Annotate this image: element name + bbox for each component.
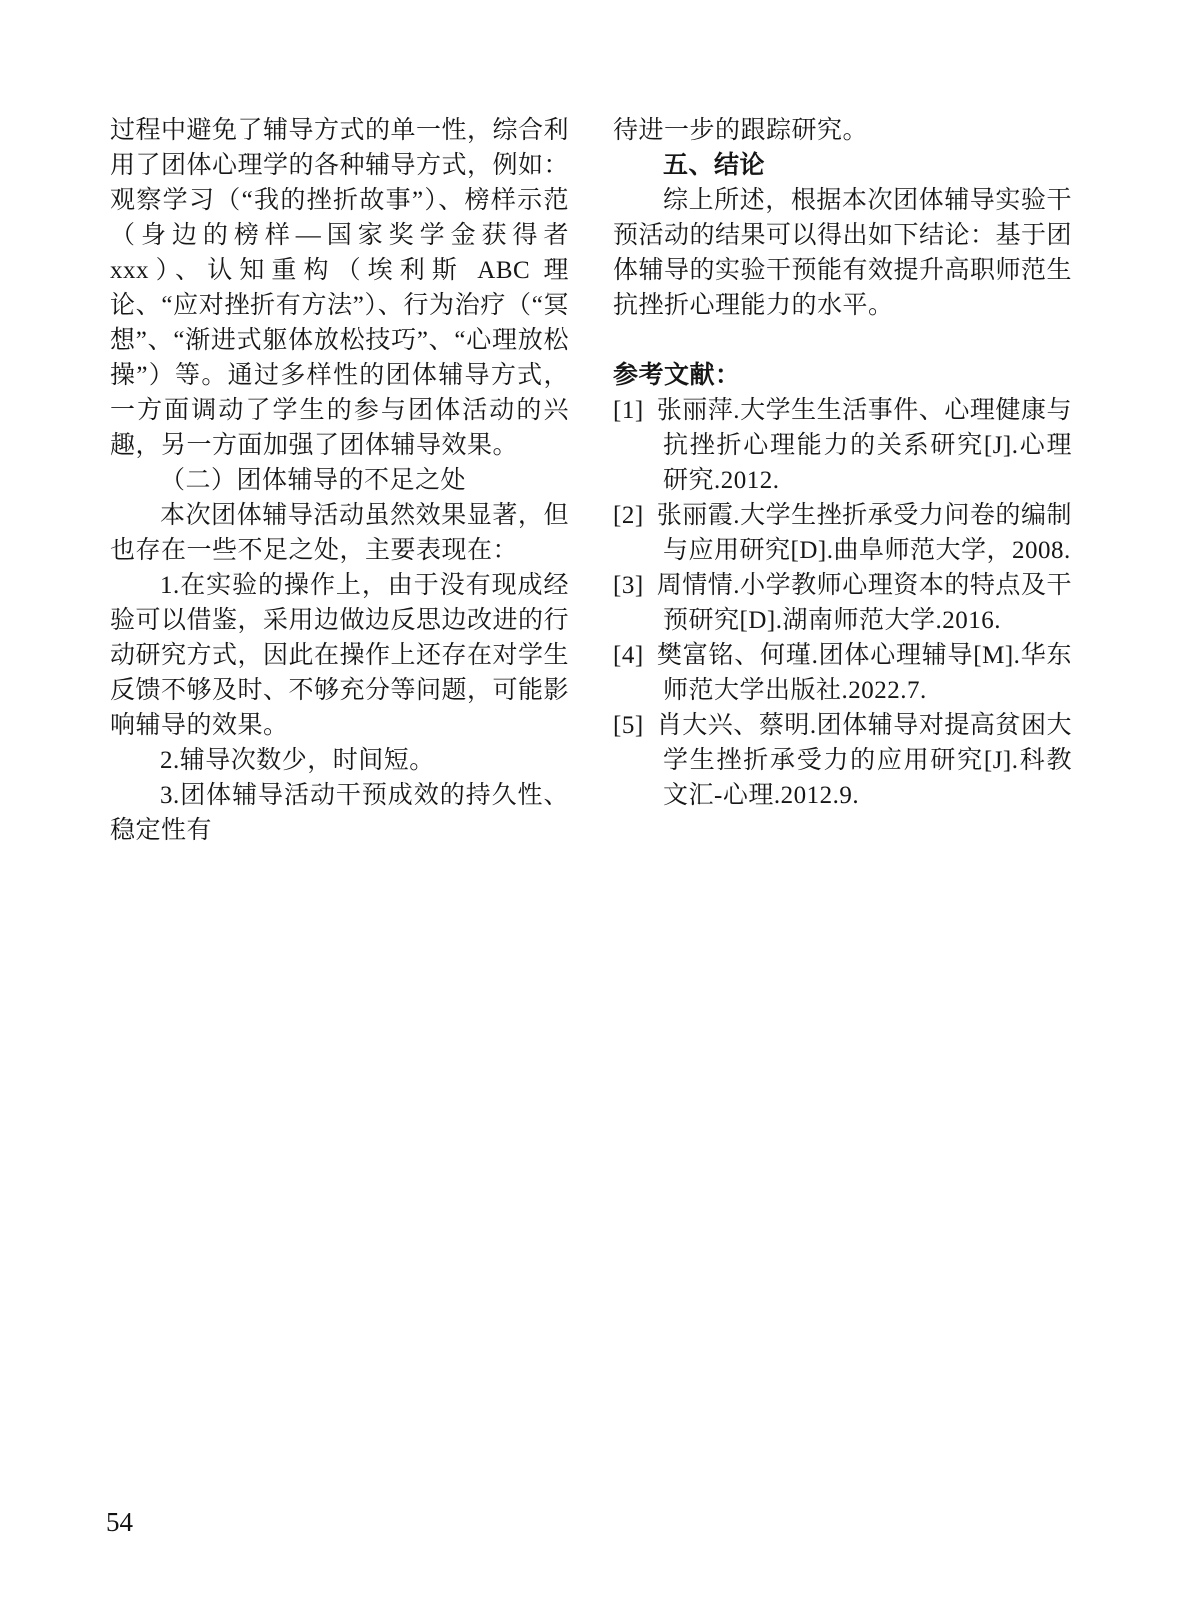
- reference-marker: [2]: [613, 502, 644, 529]
- references-list: [1]张丽萍.大学生生活事件、心理健康与抗挫折心理能力的关系研究[J].心理研究…: [613, 393, 1072, 813]
- reference-marker: [3]: [613, 572, 644, 599]
- reference-item: [5]肖大兴、蔡明.团体辅导对提高贫困大学生挫折承受力的应用研究[J].科教文汇…: [613, 708, 1072, 813]
- two-column-text-area: 过程中避免了辅导方式的单一性，综合利用了团体心理学的各种辅导方式，例如：观察学习…: [110, 113, 1072, 848]
- reference-item: [1]张丽萍.大学生生活事件、心理健康与抗挫折心理能力的关系研究[J].心理研究…: [613, 393, 1072, 498]
- conclusion-heading: 五、结论: [613, 148, 1072, 183]
- conclusion-paragraph: 综上所述，根据本次团体辅导实验干预活动的结果可以得出如下结论：基于团体辅导的实验…: [613, 183, 1072, 323]
- body-paragraph-continuation: 过程中避免了辅导方式的单一性，综合利用了团体心理学的各种辅导方式，例如：观察学习…: [110, 113, 569, 463]
- left-column: 过程中避免了辅导方式的单一性，综合利用了团体心理学的各种辅导方式，例如：观察学习…: [110, 113, 569, 848]
- references-heading: 参考文献：: [613, 358, 1072, 393]
- body-paragraph: 本次团体辅导活动虽然效果显著，但也存在一些不足之处，主要表现在：: [110, 498, 569, 568]
- reference-text: 张丽霞.大学生挫折承受力问卷的编制与应用研究[D].曲阜师范大学，2008.: [657, 502, 1072, 564]
- reference-marker: [1]: [613, 397, 644, 424]
- reference-text: 张丽萍.大学生生活事件、心理健康与抗挫折心理能力的关系研究[J].心理研究.20…: [657, 397, 1072, 494]
- reference-marker: [4]: [613, 642, 644, 669]
- right-column: 待进一步的跟踪研究。 五、结论 综上所述，根据本次团体辅导实验干预活动的结果可以…: [613, 113, 1072, 848]
- reference-item: [4]樊富铭、何瑾.团体心理辅导[M].华东师范大学出版社.2022.7.: [613, 638, 1072, 708]
- reference-text: 肖大兴、蔡明.团体辅导对提高贫困大学生挫折承受力的应用研究[J].科教文汇-心理…: [657, 712, 1072, 809]
- subsection-heading-shortcomings: （二）团体辅导的不足之处: [110, 463, 569, 498]
- reference-item: [3]周情情.小学教师心理资本的特点及干预研究[D].湖南师范大学.2016.: [613, 568, 1072, 638]
- body-paragraph-point-2: 2.辅导次数少，时间短。: [110, 743, 569, 778]
- body-paragraph-point-3: 3.团体辅导活动干预成效的持久性、稳定性有: [110, 778, 569, 848]
- page-number: 54: [106, 1504, 133, 1542]
- body-paragraph-point-1: 1.在实验的操作上，由于没有现成经验可以借鉴，采用边做边反思边改进的行动研究方式…: [110, 568, 569, 743]
- reference-marker: [5]: [613, 712, 644, 739]
- document-page: 过程中避免了辅导方式的单一性，综合利用了团体心理学的各种辅导方式，例如：观察学习…: [0, 0, 1191, 1616]
- reference-text: 周情情.小学教师心理资本的特点及干预研究[D].湖南师范大学.2016.: [657, 572, 1072, 634]
- reference-item: [2]张丽霞.大学生挫折承受力问卷的编制与应用研究[D].曲阜师范大学，2008…: [613, 498, 1072, 568]
- continuation-paragraph: 待进一步的跟踪研究。: [613, 113, 1072, 148]
- reference-text: 樊富铭、何瑾.团体心理辅导[M].华东师范大学出版社.2022.7.: [657, 642, 1072, 704]
